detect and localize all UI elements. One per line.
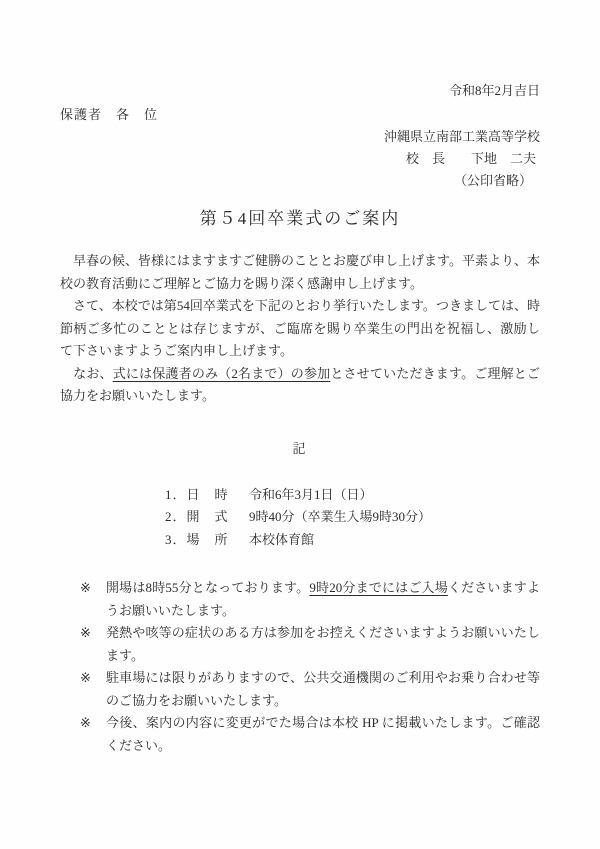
footnote-entry-time: ※ 開場は8時55分となっております。9時20分までにはご入場くださいますようお… — [80, 577, 540, 622]
footnotes: ※ 開場は8時55分となっております。9時20分までにはご入場くださいますようお… — [80, 577, 540, 757]
note-text-underlined: 9時20分までにはご入場 — [309, 580, 448, 595]
attendance-limit-prefix: なお、 — [60, 366, 113, 381]
notice-item-label: 1．日 時 — [165, 484, 249, 507]
note-text-prefix: 開場は8時55分となっております。 — [106, 580, 309, 595]
note-marker: ※ — [80, 667, 106, 712]
note-marker: ※ — [80, 622, 106, 667]
recipient-line: 保護者 各 位 — [60, 104, 540, 126]
notice-item-label: 2．開 式 — [165, 506, 249, 529]
attendance-limit-underlined: 式には保護者のみ（2名まで）の参加 — [113, 366, 331, 381]
footnote-symptoms: ※ 発熱や咳等の症状のある方は参加をお控えくださいますようお願いいたします。 — [80, 622, 540, 667]
footnote-hp-update: ※ 今後、案内の内容に変更がでた場合は本校 HP に掲載いたします。ご確認くださ… — [80, 712, 540, 757]
document-title: 第５4回卒業式のご案内 — [60, 206, 540, 232]
sender-school: 沖縄県立南部工業高等学校 — [60, 126, 540, 148]
notice-item-label: 3．場 所 — [165, 529, 249, 552]
note-text: 発熱や咳等の症状のある方は参加をお控えくださいますようお願いいたします。 — [106, 622, 540, 667]
letter-body: 早春の候、皆様にはますますご健勝のこととお慶び申し上げます。平素より、本校の教育… — [60, 250, 540, 408]
footnote-parking: ※ 駐車場には限りがありますので、公共交通機関のご利用やお乗り合わせ等のご協力を… — [80, 667, 540, 712]
note-marker: ※ — [80, 712, 106, 757]
notice-item-date: 1．日 時 令和6年3月1日（日） — [165, 484, 540, 507]
seal-omitted-note: （公印省略） — [60, 170, 540, 192]
attendance-limit-paragraph: なお、式には保護者のみ（2名まで）の参加とさせていただきます。ご理解とご協力をお… — [60, 363, 540, 408]
sender-block: 沖縄県立南部工業高等学校 校 長 下地 二夫 （公印省略） — [60, 126, 540, 192]
note-text: 今後、案内の内容に変更がでた場合は本校 HP に掲載いたします。ご確認ください。 — [106, 712, 540, 757]
note-text-prefix: 今後、案内の内容に変更がでた場合は本校 HP に掲載いたします。ご確認ください。 — [106, 715, 540, 753]
notice-item-place: 3．場 所 本校体育館 — [165, 529, 540, 552]
note-text-prefix: 駐車場には限りがありますので、公共交通機関のご利用やお乗り合わせ等のご協力をお願… — [106, 670, 540, 708]
notice-item-value: 令和6年3月1日（日） — [249, 484, 540, 507]
notice-item-value: 9時40分（卒業生入場9時30分） — [249, 506, 540, 529]
notice-item-opening: 2．開 式 9時40分（卒業生入場9時30分） — [165, 506, 540, 529]
letter-page: 令和8年2月吉日 保護者 各 位 沖縄県立南部工業高等学校 校 長 下地 二夫 … — [0, 0, 600, 849]
note-text-prefix: 発熱や咳等の症状のある方は参加をお控えくださいますようお願いいたします。 — [106, 625, 540, 663]
note-marker: ※ — [80, 577, 106, 622]
sender-principal: 校 長 下地 二夫 — [60, 148, 540, 170]
notice-item-value: 本校体育館 — [249, 529, 540, 552]
note-text: 開場は8時55分となっております。9時20分までにはご入場くださいますようお願い… — [106, 577, 540, 622]
note-text: 駐車場には限りがありますので、公共交通機関のご利用やお乗り合わせ等のご協力をお願… — [106, 667, 540, 712]
notice-items: 1．日 時 令和6年3月1日（日） 2．開 式 9時40分（卒業生入場9時30分… — [165, 484, 540, 552]
notice-heading: 記 — [60, 438, 540, 460]
announcement-paragraph: さて、本校では第54回卒業式を下記のとおり挙行いたします。つきましては、時節柄ご… — [60, 295, 540, 363]
greeting-paragraph: 早春の候、皆様にはますますご健勝のこととお慶び申し上げます。平素より、本校の教育… — [60, 250, 540, 295]
date-line: 令和8年2月吉日 — [60, 80, 540, 102]
